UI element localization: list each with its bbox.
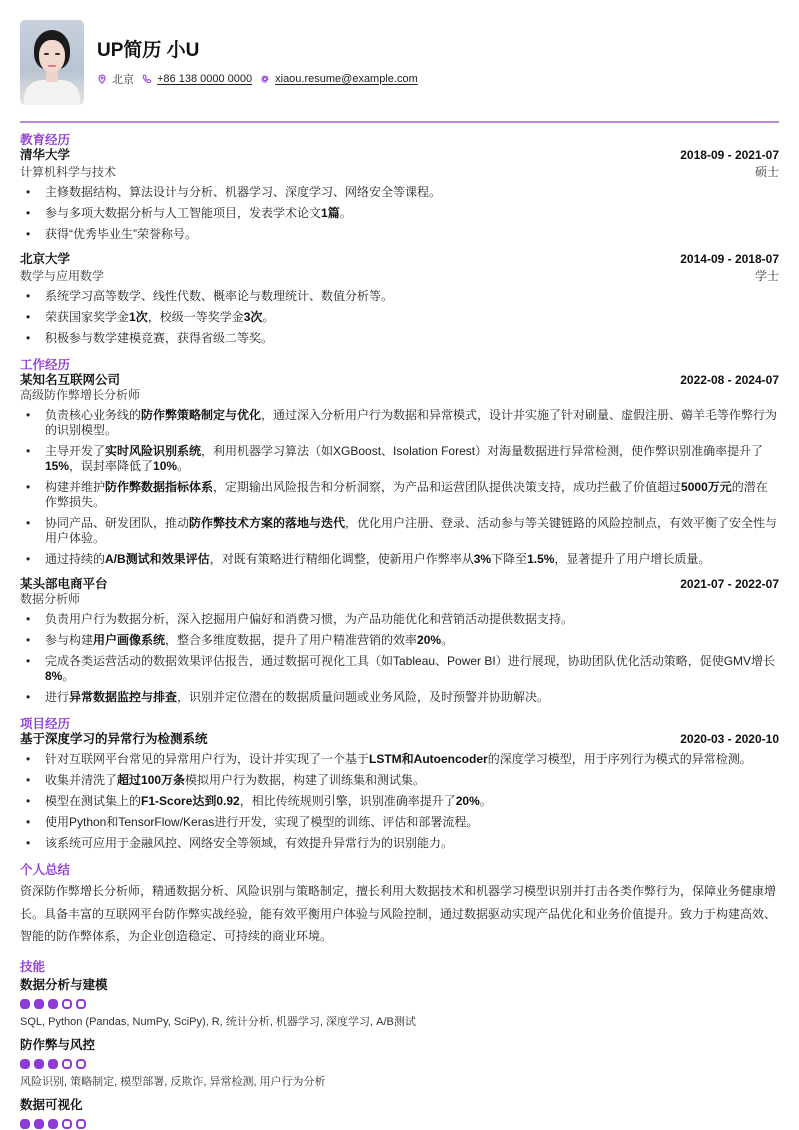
bullet-item: 构建并维护防作弊数据指标体系，定期输出风险报告和分析洞察，为产品和运营团队提供决… <box>20 480 779 510</box>
bullet-text: 该系统可应用于金融风控、网络安全等领域，有效提升异常行为的识别能力。 <box>45 836 453 850</box>
skill-item: 防作弊与风控风险识别, 策略制定, 模型部署, 反欺诈, 异常检测, 用户行为分… <box>20 1037 779 1089</box>
resume-page: UP简历 小U 北京 +86 138 0000 0000 xiaou.resum… <box>20 20 779 1129</box>
bullet-list: 主修数据结构、算法设计与分析、机器学习、深度学习、网络安全等课程。参与多项大数据… <box>20 185 779 242</box>
bullet-text: 系统学习高等数学、线性代数、概率论与数理统计、数值分析等。 <box>45 289 393 303</box>
company-name: 某知名互联网公司 <box>20 373 120 388</box>
bullet-item: 该系统可应用于金融风控、网络安全等领域，有效提升异常行为的识别能力。 <box>20 836 779 851</box>
school-name: 北京大学 <box>20 252 70 267</box>
section-title: 项目经历 <box>20 717 779 732</box>
phone-icon <box>142 74 152 84</box>
bullet-item: 完成各类运营活动的数据效果评估报告，通过数据可视化工具（如Tableau、Pow… <box>20 654 779 684</box>
education-section: 教育经历 清华大学2018-09 - 2021-07计算机科学与技术硕士主修数据… <box>20 133 779 346</box>
company-name: 某头部电商平台 <box>20 577 108 592</box>
bullet-highlight: 20% <box>417 633 441 647</box>
project-entry: 基于深度学习的异常行为检测系统2020-03 - 2020-10针对互联网平台常… <box>20 732 779 851</box>
candidate-name: UP简历 小U <box>97 39 426 63</box>
bullet-text: 荣获国家奖学金 <box>45 310 129 324</box>
filled-dot-icon <box>34 1059 44 1069</box>
bullet-item: 负责核心业务线的防作弊策略制定与优化，通过深入分析用户行为数据和异常模式，设计并… <box>20 408 779 438</box>
bullet-item: 通过持续的A/B测试和效果评估，对既有策略进行精细化调整，使新用户作弊率从3%下… <box>20 552 779 567</box>
bullet-item: 收集并清洗了超过100万条模拟用户行为数据，构建了训练集和测试集。 <box>20 773 779 788</box>
bullet-highlight: 1次 <box>129 310 148 324</box>
bullet-item: 获得“优秀毕业生”荣誉称号。 <box>20 227 779 242</box>
school-name: 清华大学 <box>20 148 70 163</box>
bullet-highlight: 异常数据监控与排查 <box>69 690 177 704</box>
bullet-highlight: 15% <box>45 459 69 473</box>
bullet-text: 收集并清洗了 <box>45 773 117 787</box>
bullet-text: 使用Python和TensorFlow/Keras进行开发，实现了模型的训练、评… <box>45 815 478 829</box>
email-link[interactable]: xiaou.resume@example.com <box>275 73 418 85</box>
phone-link[interactable]: +86 138 0000 0000 <box>157 73 252 85</box>
bullet-text: 。 <box>177 459 189 473</box>
bullet-text: 通过持续的 <box>45 552 105 566</box>
bullet-highlight: 1.5% <box>527 552 554 566</box>
bullet-highlight: A/B测试和效果评估 <box>105 552 210 566</box>
bullet-highlight: 10% <box>153 459 177 473</box>
date-range: 2021-07 - 2022-07 <box>680 577 779 591</box>
skill-name: 数据分析与建模 <box>20 977 779 993</box>
at-sign-icon <box>260 74 270 84</box>
major: 数学与应用数学 <box>20 269 104 284</box>
bullet-text: ，对既有策略进行精细化调整，使新用户作弊率从 <box>210 552 474 566</box>
skill-level-rating <box>20 999 779 1009</box>
bullet-list: 系统学习高等数学、线性代数、概率论与数理统计、数值分析等。荣获国家奖学金1次，校… <box>20 289 779 346</box>
skill-name: 防作弊与风控 <box>20 1037 779 1053</box>
bullet-highlight: F1-Score达到0.92 <box>141 794 240 808</box>
bullet-text: 主修数据结构、算法设计与分析、机器学习、深度学习、网络安全等课程。 <box>45 185 441 199</box>
bullet-text: 。 <box>480 794 492 808</box>
bullet-item: 模型在测试集上的F1-Score达到0.92，相比传统规则引擎，识别准确率提升了… <box>20 794 779 809</box>
date-range: 2020-03 - 2020-10 <box>680 732 779 746</box>
education-entry: 清华大学2018-09 - 2021-07计算机科学与技术硕士主修数据结构、算法… <box>20 148 779 242</box>
skill-keywords: 风险识别, 策略制定, 模型部署, 反欺诈, 异常检测, 用户行为分析 <box>20 1075 779 1089</box>
bullet-highlight: 超过100万条 <box>117 773 185 787</box>
degree: 学士 <box>755 267 779 284</box>
contact-bar: 北京 +86 138 0000 0000 xiaou.resume@exampl… <box>97 71 426 87</box>
project-name: 基于深度学习的异常行为检测系统 <box>20 732 208 747</box>
bullet-list: 负责核心业务线的防作弊策略制定与优化，通过深入分析用户行为数据和异常模式，设计并… <box>20 408 779 567</box>
filled-dot-icon <box>48 999 58 1009</box>
section-title: 工作经历 <box>20 358 779 373</box>
bullet-item: 负责用户行为数据分析，深入挖掘用户偏好和消费习惯，为产品功能优化和营销活动提供数… <box>20 612 779 627</box>
date-range: 2022-08 - 2024-07 <box>680 373 779 387</box>
filled-dot-icon <box>20 1119 30 1129</box>
job-role: 高级防作弊增长分析师 <box>20 388 779 403</box>
contact-email[interactable]: xiaou.resume@example.com <box>260 73 418 85</box>
job-role: 数据分析师 <box>20 592 779 607</box>
bullet-highlight: 8% <box>45 669 62 683</box>
bullet-item: 荣获国家奖学金1次，校级一等奖学金3次。 <box>20 310 779 325</box>
bullet-highlight: 防作弊策略制定与优化 <box>141 408 261 422</box>
bullet-highlight: 20% <box>456 794 480 808</box>
bullet-list: 负责用户行为数据分析，深入挖掘用户偏好和消费习惯，为产品功能优化和营销活动提供数… <box>20 612 779 705</box>
date-range: 2018-09 - 2021-07 <box>680 148 779 162</box>
contact-phone[interactable]: +86 138 0000 0000 <box>142 73 252 85</box>
bullet-highlight: 5000万元 <box>681 480 732 494</box>
bullet-highlight: 3% <box>474 552 491 566</box>
date-range: 2014-09 - 2018-07 <box>680 252 779 266</box>
bullet-item: 进行异常数据监控与排查，识别并定位潜在的数据质量问题或业务风险，及时预警并协助解… <box>20 690 779 705</box>
bullet-text: ，定期输出风险报告和分析洞察，为产品和运营团队提供决策支持，成功拦截了价值超过 <box>213 480 681 494</box>
bullet-text: ，显著提升了用户增长质量。 <box>554 552 710 566</box>
bullet-text: 进行 <box>45 690 69 704</box>
bullet-text: 模拟用户行为数据，构建了训练集和测试集。 <box>185 773 425 787</box>
bullet-text: 参与多项大数据分析与人工智能项目，发表学术论文 <box>45 206 321 220</box>
section-title: 技能 <box>20 960 779 975</box>
header-divider <box>20 121 779 123</box>
empty-dot-icon <box>76 1119 86 1129</box>
empty-dot-icon <box>62 1119 72 1129</box>
bullet-item: 系统学习高等数学、线性代数、概率论与数理统计、数值分析等。 <box>20 289 779 304</box>
bullet-list: 针对互联网平台常见的异常用户行为，设计并实现了一个基于LSTM和Autoenco… <box>20 752 779 851</box>
filled-dot-icon <box>48 1059 58 1069</box>
location-pin-icon <box>97 74 107 84</box>
location-text: 北京 <box>112 71 134 87</box>
empty-dot-icon <box>76 1059 86 1069</box>
work-section: 工作经历 某知名互联网公司2022-08 - 2024-07高级防作弊增长分析师… <box>20 358 779 705</box>
skills-section: 技能 数据分析与建模SQL, Python (Pandas, NumPy, Sc… <box>20 960 779 1129</box>
bullet-text: 负责核心业务线的 <box>45 408 141 422</box>
skill-item: 数据分析与建模SQL, Python (Pandas, NumPy, SciPy… <box>20 977 779 1029</box>
bullet-text: ，识别并定位潜在的数据质量问题或业务风险，及时预警并协助解决。 <box>177 690 549 704</box>
bullet-highlight: 实时风险识别系统 <box>105 444 201 458</box>
bullet-text: 获得“优秀毕业生”荣誉称号。 <box>45 227 197 241</box>
bullet-item: 主修数据结构、算法设计与分析、机器学习、深度学习、网络安全等课程。 <box>20 185 779 200</box>
work-entry: 某头部电商平台2021-07 - 2022-07数据分析师负责用户行为数据分析，… <box>20 577 779 705</box>
bullet-text: 。 <box>262 310 274 324</box>
bullet-text: 主导开发了 <box>45 444 105 458</box>
bullet-text: ，校级一等奖学金 <box>148 310 244 324</box>
projects-section: 项目经历 基于深度学习的异常行为检测系统2020-03 - 2020-10针对互… <box>20 717 779 851</box>
bullet-item: 针对互联网平台常见的异常用户行为，设计并实现了一个基于LSTM和Autoenco… <box>20 752 779 767</box>
bullet-item: 主导开发了实时风险识别系统，利用机器学习算法（如XGBoost、Isolatio… <box>20 444 779 474</box>
skill-level-rating <box>20 1119 779 1129</box>
bullet-text: 参与构建 <box>45 633 93 647</box>
bullet-text: 负责用户行为数据分析，深入挖掘用户偏好和消费习惯，为产品功能优化和营销活动提供数… <box>45 612 573 626</box>
filled-dot-icon <box>48 1119 58 1129</box>
bullet-text: ，误封率降低了 <box>69 459 153 473</box>
education-entry: 北京大学2014-09 - 2018-07数学与应用数学学士系统学习高等数学、线… <box>20 252 779 346</box>
bullet-highlight: 3次 <box>244 310 263 324</box>
bullet-text: 积极参与数学建模竞赛，获得省级二等奖。 <box>45 331 273 345</box>
summary-text: 资深防作弊增长分析师，精通数据分析、风险识别与策略制定，擅长利用大数据技术和机器… <box>20 880 779 948</box>
resume-header: UP简历 小U 北京 +86 138 0000 0000 xiaou.resum… <box>20 20 779 105</box>
filled-dot-icon <box>34 999 44 1009</box>
bullet-highlight: 1篇 <box>321 206 340 220</box>
bullet-text: 的深度学习模型，用于序列行为模式的异常检测。 <box>488 752 752 766</box>
filled-dot-icon <box>20 999 30 1009</box>
empty-dot-icon <box>62 999 72 1009</box>
bullet-item: 协同产品、研发团队，推动防作弊技术方案的落地与迭代，优化用户注册、登录、活动参与… <box>20 516 779 546</box>
bullet-text: 下降至 <box>491 552 527 566</box>
bullet-item: 参与多项大数据分析与人工智能项目，发表学术论文1篇。 <box>20 206 779 221</box>
bullet-item: 参与构建用户画像系统，整合多维度数据，提升了用户精准营销的效率20%。 <box>20 633 779 648</box>
bullet-highlight: 防作弊技术方案的落地与迭代 <box>189 516 345 530</box>
bullet-text: 针对互联网平台常见的异常用户行为，设计并实现了一个基于 <box>45 752 369 766</box>
bullet-text: 。 <box>441 633 453 647</box>
bullet-text: 完成各类运营活动的数据效果评估报告，通过数据可视化工具（如Tableau、Pow… <box>45 654 775 668</box>
skill-keywords: SQL, Python (Pandas, NumPy, SciPy), R, 统… <box>20 1015 779 1029</box>
bullet-item: 使用Python和TensorFlow/Keras进行开发，实现了模型的训练、评… <box>20 815 779 830</box>
major: 计算机科学与技术 <box>20 165 116 180</box>
degree: 硕士 <box>755 163 779 180</box>
bullet-text: ，利用机器学习算法（如XGBoost、Isolation Forest）对海量数… <box>201 444 763 458</box>
bullet-highlight: 用户画像系统 <box>93 633 165 647</box>
section-title: 个人总结 <box>20 863 779 878</box>
bullet-text: ，整合多维度数据，提升了用户精准营销的效率 <box>165 633 417 647</box>
summary-section: 个人总结 资深防作弊增长分析师，精通数据分析、风险识别与策略制定，擅长利用大数据… <box>20 863 779 948</box>
bullet-highlight: 防作弊数据指标体系 <box>105 480 213 494</box>
bullet-text: 模型在测试集上的 <box>45 794 141 808</box>
work-entry: 某知名互联网公司2022-08 - 2024-07高级防作弊增长分析师负责核心业… <box>20 373 779 567</box>
empty-dot-icon <box>76 999 86 1009</box>
bullet-item: 积极参与数学建模竞赛，获得省级二等奖。 <box>20 331 779 346</box>
skill-name: 数据可视化 <box>20 1097 779 1113</box>
contact-location: 北京 <box>97 71 134 87</box>
filled-dot-icon <box>20 1059 30 1069</box>
bullet-text: 构建并维护 <box>45 480 105 494</box>
bullet-highlight: LSTM和Autoencoder <box>369 752 488 766</box>
bullet-text: ，相比传统规则引擎，识别准确率提升了 <box>240 794 456 808</box>
bullet-text: 。 <box>340 206 352 220</box>
empty-dot-icon <box>62 1059 72 1069</box>
skill-item: 数据可视化 <box>20 1097 779 1129</box>
profile-photo <box>20 20 84 105</box>
bullet-text: 。 <box>62 669 74 683</box>
bullet-text: 协同产品、研发团队，推动 <box>45 516 189 530</box>
filled-dot-icon <box>34 1119 44 1129</box>
skill-level-rating <box>20 1059 779 1069</box>
section-title: 教育经历 <box>20 133 779 148</box>
